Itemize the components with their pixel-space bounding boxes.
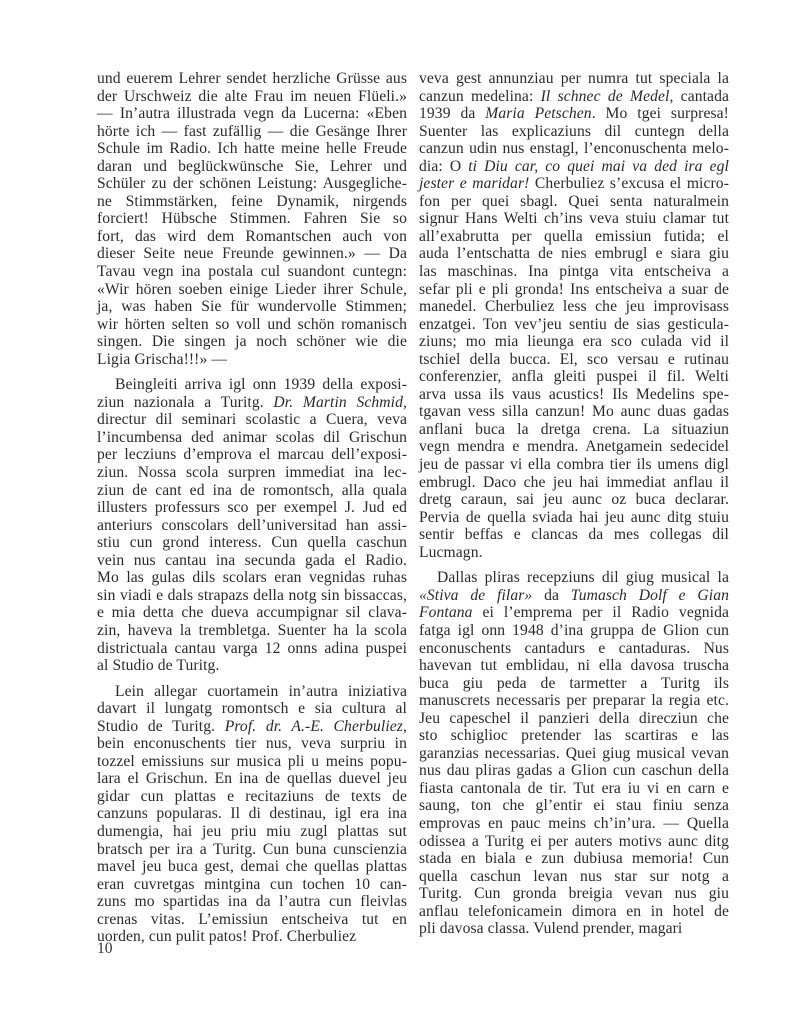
- text-line: ziun. Nossa scola surpren immediat ina l…: [97, 464, 407, 482]
- text-line: jeu de passar vi ella combra tier ils um…: [419, 456, 729, 474]
- page-number: 10: [97, 940, 113, 958]
- text-line: e mia detta che dueva accumpignar sil cl…: [97, 604, 407, 622]
- text-line: wir hörten selten so voll und schön roma…: [97, 316, 407, 334]
- text-line: manuscrets necessaris per preparar la re…: [419, 692, 729, 710]
- paragraph-gap: [97, 675, 407, 683]
- text-line: fort, das wird dem Romantschen auch von: [97, 228, 407, 246]
- text-line: jester e maridar! Cherbuliez s’excusa el…: [419, 175, 729, 193]
- text-line: Suenter las explicaziuns dil cuntegn del…: [419, 123, 729, 141]
- text-line: tozzel emissiuns sur musica pli u meins …: [97, 753, 407, 771]
- text-line: «Stiva de filar» da Tumasch Dolf e Gian: [419, 587, 729, 605]
- text-line: all’exabrutta per quella emissiun futida…: [419, 228, 729, 246]
- text-line: Mo las gulas dils scolars eran vegnidas …: [97, 569, 407, 587]
- text-line: vegn mendra e mendra. Anetgamein sedecid…: [419, 438, 729, 456]
- text-line: «Wir hören soeben einige Lieder ihrer Sc…: [97, 281, 407, 299]
- text-line: Beingleiti arriva igl onn 1939 della exp…: [97, 376, 407, 394]
- text-line: Fontana ei l’emprema per il Radio vegnid…: [419, 604, 729, 622]
- text-line: buca giu peda de tarmetter a Turitg ils: [419, 675, 729, 693]
- text-line: fiasta cantonala de tir. Tut era iu vi e…: [419, 780, 729, 798]
- text-line: sefar pli e pli gronda! Ins entscheiva a…: [419, 281, 729, 299]
- right-column: veva gest annunziau per numra tut specia…: [419, 70, 729, 938]
- text-line: canzun medelina: Il schnec de Medel, can…: [419, 88, 729, 106]
- paragraph: Lein allegar cuortamein in’autra iniziat…: [97, 683, 407, 946]
- paragraph-gap: [419, 561, 729, 569]
- text-line: ja, was haben Sie für wundervolle Stimme…: [97, 298, 407, 316]
- text-line: bein enconuschents tier nus, veva surpri…: [97, 735, 407, 753]
- paragraph: Beingleiti arriva igl onn 1939 della exp…: [97, 376, 407, 674]
- text-line: — In’autra illustrada vegn da Lucerna: «…: [97, 105, 407, 123]
- text-line: enconuschents cantadurs e cantaduras. Nu…: [419, 640, 729, 658]
- text-line: Jeu capeschel il panzieri della direcziu…: [419, 710, 729, 728]
- text-line: dumengia, hai jeu priu miu zugl plattas …: [97, 823, 407, 841]
- text-line: fon per quei sbagl. Quei senta naturalme…: [419, 193, 729, 211]
- text-line: Schüler zu der schönen Leistung: Ausgegl…: [97, 175, 407, 193]
- text-line: odissea a Turitg ei per auters motivs au…: [419, 833, 729, 851]
- text-line: forciert! Hübsche Stimmen. Fahren Sie so: [97, 210, 407, 228]
- text-line: canzun udin nus enstagl, l’enconuschenta…: [419, 140, 729, 158]
- left-column: und euerem Lehrer sendet herzliche Grüss…: [97, 70, 407, 946]
- text-line: sentir beffas e clancas da mes collegas …: [419, 526, 729, 544]
- text-line: ziun nazionala a Turitg. Dr. Martin Schm…: [97, 394, 407, 412]
- text-line: al Studio de Turitg.: [97, 657, 407, 675]
- text-line: illusters professurs sco per exempel J. …: [97, 499, 407, 517]
- text-line: Tavau vegn ina postala cul suandont cunt…: [97, 263, 407, 281]
- paragraph: und euerem Lehrer sendet herzliche Grüss…: [97, 70, 407, 368]
- text-line: sin viadi e dals strapazs della notg sin…: [97, 587, 407, 605]
- text-line: anflani buca la dretga crena. La situazi…: [419, 421, 729, 439]
- text-line: Lucmagn.: [419, 544, 729, 562]
- text-line: stada en biala e zun dubiusa memoria! Cu…: [419, 850, 729, 868]
- text-line: Turitg. Cun gronda breigia vevan nus giu: [419, 885, 729, 903]
- text-line: veva gest annunziau per numra tut specia…: [419, 70, 729, 88]
- text-line: arva ussa ils vaus acustics! Ils Medelin…: [419, 386, 729, 404]
- text-line: havevan tut emblidau, ni ella davosa tru…: [419, 657, 729, 675]
- text-line: ziuns; mo mia lieunga era sco culada vid…: [419, 333, 729, 351]
- text-line: ne Stimmstärken, feine Dynamik, nirgends: [97, 193, 407, 211]
- text-line: Pervia de quella sviada hai jeu aunc dit…: [419, 509, 729, 527]
- text-line: zuns mo spartidas ina da l’autra cun fle…: [97, 893, 407, 911]
- text-line: hörte ich — fast zufällig — die Gesänge …: [97, 123, 407, 141]
- text-line: ziun de cant ed ina de romontsch, alla q…: [97, 482, 407, 500]
- text-line: saung, ton che gl’entir ei stau finiu se…: [419, 797, 729, 815]
- text-line: quella caschun levan nus star sur notg a: [419, 868, 729, 886]
- text-line: lara el Grischun. En ina de quellas duev…: [97, 770, 407, 788]
- text-line: zin, haveva la trembletga. Suenter ha la…: [97, 622, 407, 640]
- text-line: dieser Seite neue Freunde gewinnen.» — D…: [97, 245, 407, 263]
- text-line: auda l’entschatta de nies embrugl e siar…: [419, 245, 729, 263]
- text-line: canzuns popularas. Il di destinau, igl e…: [97, 805, 407, 823]
- paragraph-gap: [97, 368, 407, 376]
- paragraph: veva gest annunziau per numra tut specia…: [419, 70, 729, 561]
- text-line: mavel jeu buca gest, demai che quellas p…: [97, 858, 407, 876]
- text-line: bratsch per ira a Turitg. Cun buna cunsc…: [97, 841, 407, 859]
- text-line: nus dau pliras gadas a Glion cun caschun…: [419, 762, 729, 780]
- text-line: tschiel della bucca. El, sco versau e ru…: [419, 351, 729, 369]
- text-line: tgavan vess silla canzun! Mo aunc duas g…: [419, 403, 729, 421]
- text-line: enzatgei. Ton vev’jeu sentiu de sias ges…: [419, 316, 729, 334]
- text-line: eran cuvretgas mintgina cun tochen 10 ca…: [97, 876, 407, 894]
- text-line: und euerem Lehrer sendet herzliche Grüss…: [97, 70, 407, 88]
- text-line: garanzias necessarias. Quei giug musical…: [419, 745, 729, 763]
- text-line: dia: O ti Diu car, co quei mai va ded ir…: [419, 158, 729, 176]
- text-line: anflau telefonicamein dimora en in hotel…: [419, 903, 729, 921]
- text-line: Lein allegar cuortamein in’autra iniziat…: [97, 683, 407, 701]
- text-line: signur Hans Welti ch’ins veva stuiu clam…: [419, 210, 729, 228]
- text-line: crenas vitas. L’emissiun entscheiva tut …: [97, 911, 407, 929]
- text-line: dretg caraun, sai jeu aunc oz buca decla…: [419, 491, 729, 509]
- text-line: anteriurs conscolars dell’universitad ha…: [97, 517, 407, 535]
- text-line: sto schiglioc pretender las scartiras e …: [419, 727, 729, 745]
- text-line: vein nus cantau ina secunda gada el Radi…: [97, 552, 407, 570]
- text-line: las maschinas. Ina pintga vita entscheiv…: [419, 263, 729, 281]
- text-line: davart il lungatg romontsch e sia cultur…: [97, 700, 407, 718]
- text-line: embrugl. Daco che jeu hai immediat anfla…: [419, 474, 729, 492]
- paragraph: Dallas pliras recepziuns dil giug musica…: [419, 569, 729, 937]
- text-line: gidar cun plattas e recitaziuns de texts…: [97, 788, 407, 806]
- text-line: singen. Die singen ja noch schöner wie d…: [97, 333, 407, 351]
- text-line: directur dil seminari scolastic a Cuera,…: [97, 411, 407, 429]
- text-line: daran und beglückwünsche Sie, Lehrer und: [97, 158, 407, 176]
- text-line: pli davosa classa. Vulend prender, magar…: [419, 920, 729, 938]
- text-line: districtuala cantau varga 12 onns adina …: [97, 640, 407, 658]
- text-line: Schule im Radio. Ich hatte meine helle F…: [97, 140, 407, 158]
- text-line: manedel. Cherbuliez less che jeu improvi…: [419, 298, 729, 316]
- text-line: per lecziuns d’emprova el marcau dell’ex…: [97, 446, 407, 464]
- text-line: Dallas pliras recepziuns dil giug musica…: [419, 569, 729, 587]
- text-line: conferenzier, anfla gleiti puspei il fil…: [419, 368, 729, 386]
- text-line: stiu cun grond interess. Cun quella casc…: [97, 534, 407, 552]
- text-line: Ligia Grischa!!!» —: [97, 351, 407, 369]
- text-line: fatga igl onn 1948 d’ina gruppa de Glion…: [419, 622, 729, 640]
- text-line: 1939 da Maria Petschen. Mo tgei surpresa…: [419, 105, 729, 123]
- text-line: der Urschweiz die alte Frau im neuen Flü…: [97, 88, 407, 106]
- text-line: emprovas en pauc meins ch’in’ura. — Quel…: [419, 815, 729, 833]
- text-line: uorden, cun pulit patos! Prof. Cherbulie…: [97, 928, 407, 946]
- text-line: Studio de Turitg. Prof. dr. A.-E. Cherbu…: [97, 718, 407, 736]
- text-line: l’incumbensa ded animar scolas dil Grisc…: [97, 429, 407, 447]
